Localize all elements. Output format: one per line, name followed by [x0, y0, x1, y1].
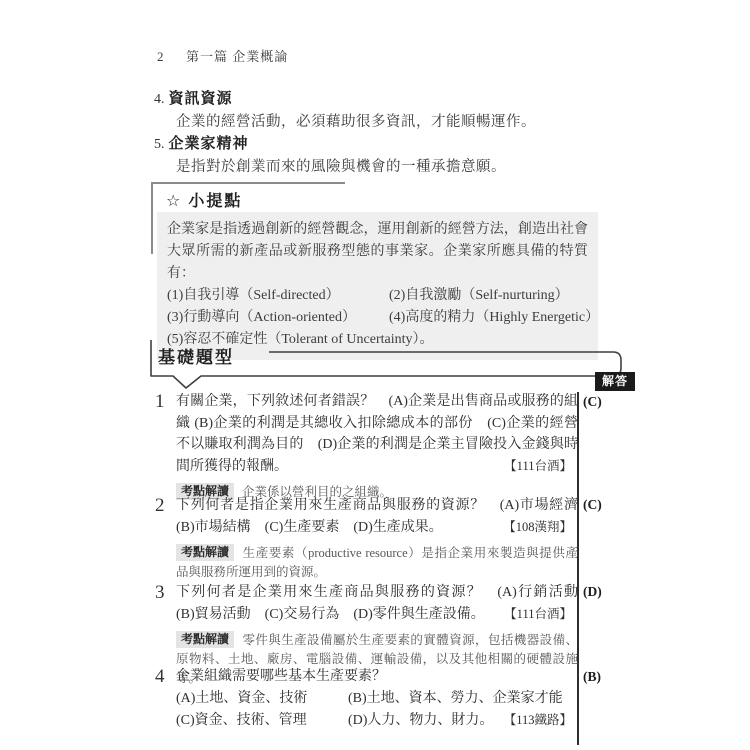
- exam-source-tag: 【113鐵路】: [504, 709, 572, 732]
- exam-source-tag: 【111台酒】: [504, 456, 572, 478]
- option-a: (A)土地、資金、技術: [176, 688, 348, 711]
- running-head: 2第一篇 企業概論: [157, 46, 288, 65]
- tip-box-title: ☆小提點: [166, 188, 242, 211]
- trait-item: (1)自我引導（Self-directed）: [167, 285, 389, 307]
- exercise-section-title: 基礎題型: [158, 343, 234, 368]
- question-2: 2 下列何者是指企業用來生產商品與服務的資源？ (A)市場經濟 (B)市場結構 …: [154, 495, 578, 582]
- question-text: 有關企業，下列敘述何者錯誤？ (A)企業是出售商品或服務的組織 (B)企業的利潤…: [176, 391, 578, 477]
- question-number: 1: [155, 391, 165, 413]
- option-b: (B)土地、資本、勞力、企業家才能: [348, 688, 578, 711]
- explanation-label: 考點解讀: [176, 631, 234, 648]
- section-number: 4.: [154, 92, 165, 107]
- tip-title-text: 小提點: [188, 193, 242, 210]
- question-number: 2: [155, 495, 165, 517]
- part-title: 第一篇 企業概論: [186, 49, 288, 64]
- section-heading-5: 5.企業家精神: [154, 132, 249, 153]
- exam-source-tag: 【108漢翔】: [503, 517, 572, 539]
- trait-item: (2)自我激勵（Self-nurturing）: [389, 285, 599, 307]
- section-number: 5.: [154, 137, 165, 152]
- exam-source-tag: 【111台酒】: [504, 604, 572, 626]
- trait-item: (4)高度的精力（Highly Energetic）: [389, 307, 599, 329]
- question-text: 下列何者是企業用來生產商品與服務的資源？ (A)行銷活動 (B)貿易活動 (C)…: [176, 582, 578, 625]
- question-text: 下列何者是指企業用來生產商品與服務的資源？ (A)市場經濟 (B)市場結構 (C…: [176, 495, 578, 538]
- option-c: (C)資金、技術、管理: [176, 710, 348, 733]
- tip-intro: 企業家是指透過創新的經營觀念，運用創新的經營方法，創造出社會大眾所需的新產品或新…: [167, 219, 588, 285]
- section-title: 資訊資源: [169, 90, 233, 107]
- section-heading-4: 4.資訊資源: [154, 87, 233, 108]
- explanation-label: 考點解讀: [176, 544, 234, 561]
- question-text: 企業組織需要哪些基本生產要素？: [176, 666, 578, 688]
- question-text-content: 企業組織需要哪些基本生產要素？: [176, 669, 386, 684]
- answer-q4: (B): [583, 669, 629, 685]
- question-4: 4 企業組織需要哪些基本生產要素？ (A)土地、資金、技術 (B)土地、資本、勞…: [154, 666, 578, 733]
- textbook-page: 2第一篇 企業概論 4.資訊資源 企業的經營活動，必須藉助很多資訊，才能順暢運作…: [0, 0, 750, 750]
- question-1: 1 有關企業，下列敘述何者錯誤？ (A)企業是出售商品或服務的組織 (B)企業的…: [154, 391, 578, 502]
- page-number: 2: [157, 49, 164, 64]
- answer-header-badge: 解答: [595, 372, 635, 391]
- section-body-5: 是指對於創業而來的風險與機會的一種承擔意願。: [176, 155, 506, 176]
- explanation: 考點解讀生產要素（productive resource）是指企業用來製造與提供…: [176, 544, 578, 582]
- option-grid: (A)土地、資金、技術 (B)土地、資本、勞力、企業家才能 (C)資金、技術、管…: [176, 688, 578, 733]
- section-body-4: 企業的經營活動，必須藉助很多資訊，才能順暢運作。: [176, 110, 536, 131]
- question-number: 4: [155, 666, 165, 688]
- star-icon: ☆: [166, 193, 182, 210]
- trait-item: (3)行動導向（Action-oriented）: [167, 307, 389, 329]
- explanation-text: 生產要素（productive resource）是指企業用來製造與提供產品與服…: [176, 546, 578, 579]
- section-title: 企業家精神: [169, 135, 249, 152]
- answer-q1: (C): [583, 394, 629, 410]
- question-number: 3: [155, 582, 165, 604]
